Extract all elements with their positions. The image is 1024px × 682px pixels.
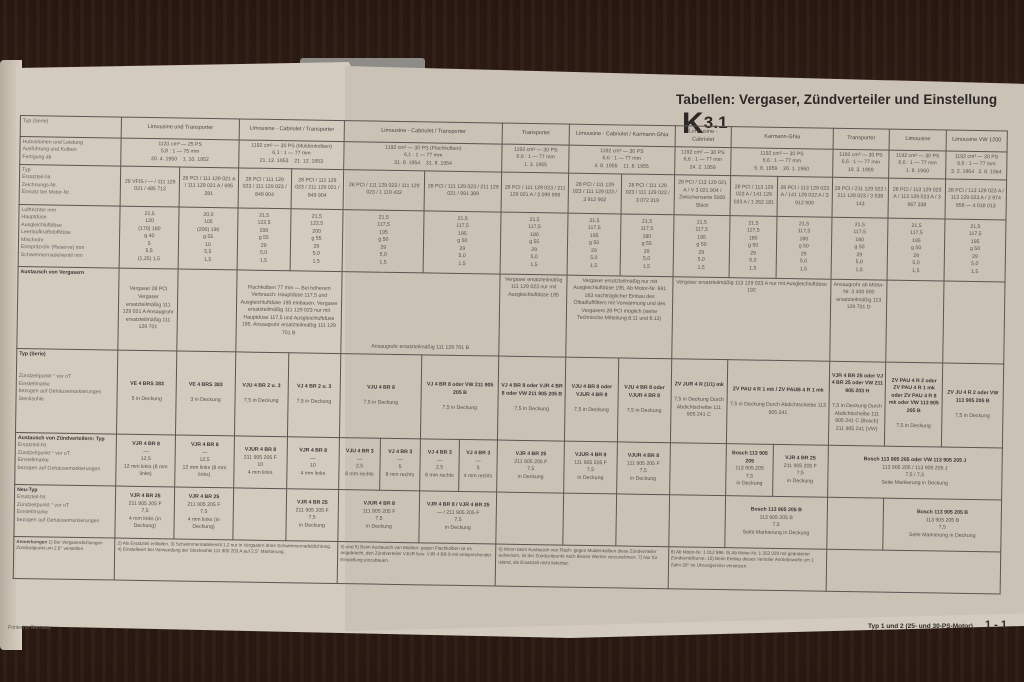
motor-cell: 1192 cm³ — 30 PS6,6 : 1 — 77 mm1. 8. 196… [889,150,946,178]
austausch-cell: Ansaugrohr ersatzteilmäßig 111 129 701 B [341,271,500,355]
vergaser-cell: 28 PCI / 113 129 023 A / 113 129 023 A /… [945,179,1007,220]
zuend-cell: VJR 4 BR 25 oder VJ 4 BR 25 oder VW 211 … [828,361,886,446]
austausch-cell: Vergaser ersatzteilmäßig nur mit Ausglei… [566,275,673,359]
label-line: Fertigung ab [22,154,118,163]
col-header: Limousine VW 1200 [946,130,1007,152]
duesen-cell: 21,5122,5200g 55295,01,5 [237,207,291,270]
motor-cell: 1192 cm³ — 30 PS (Muldenkolben)6,1 : 1 —… [239,140,345,169]
vergaser-cell: 28 PCI / 211 129 022 / 211 129 023 / 3 5… [832,177,889,218]
austausch-zuend-cell: VJR 4 BR 8—104 mm links [286,436,339,489]
neu-typ-cell [496,492,564,545]
vergaser-cell: 28 PCI / 113 129 023 A / 141 129 023 A /… [730,175,777,216]
date-value: 21. 12. 1953 21. 12. 1953 [241,157,341,166]
duesen-cell: 21,5117,5195g 50295,01,5 [887,218,945,281]
neu-typ-cell [616,493,669,546]
zuendverteiler-row: Typ (Serie)Zündzeitpunkt ° vor oTEinstel… [16,348,1004,447]
vergaser-cell: 28 PCI / 111 129 023 / 111 129 023 / 3 9… [568,173,621,214]
date-value: 1. 3. 1955 [505,162,567,171]
zuend-label: Typ (Serie)Zündzeitpunkt ° vor oTEinstel… [16,348,119,434]
duesen-cell: 21,5122,5200g 55295,01,5 [290,208,344,271]
motor-cell: 1192 cm³ — 30 PS6,6 : 1 — 77 mm19. 3. 19… [832,149,889,177]
neu-typ-cell: Bosch 113 905 205 B113 905 205 B7,5Seite… [883,498,1001,552]
duesen-cell: 21,5117,5195g 50295,01,5 [944,219,1006,282]
note-cell: 2) Als Ersatzteil entfallen. 3) Schwimme… [115,538,339,583]
duesen-cell: 21,5117,5180g 55295,01,5 [620,213,674,276]
zuend-cell: ZV JUR 4 R (1/1) mk7,5 in Deckung Durch … [670,358,728,443]
neu-typ-cell: VJR 4 BR 8 / VJR 4 BR 25— / 211 905 205 … [419,490,497,543]
note-cell: 8) Ab Motor-Nr. 1 012 996. 9) Ab Motor-N… [668,546,827,590]
zuend-cell: ZV JU 4 R 2 oder VW 113 905 205 B7,5 in … [941,363,1003,448]
vergaser-cell: 26 VFIS / — / 111 129 021 / 485 712 [120,166,179,207]
austausch-zuend-cell: VJUR 4 BR 8111 905 205 F7,5in Deckung [564,441,617,494]
austausch-cell: Ansaugrohr ab Motor-Nr. 3 400 000 ersatz… [829,279,887,362]
zuend-cell: VJ 4 BR 8 oder VW 211 905 205 B7,5 in De… [421,354,499,439]
date-value: 20. 4. 1950 1. 10. 1952 [124,156,237,165]
title-text: Tabellen: Vergaser, Zündverteiler und Ei… [676,92,997,107]
date-value: 5. 8. 1959 20. 1. 1960 [733,165,829,174]
footer-label: Typ 1 und 2 (25- und 30-PS-Motor) [868,623,973,630]
neu-typ-cell: VJR 4 BR 25211 905 205 F7,54 mm links (i… [174,487,234,540]
col-header: Limousine - Cabriolet / Transporter [344,121,502,144]
vergaser-cell: 28 PCI / 111 129 023 / 111 129 023 / 849… [238,167,291,208]
specs-table: Typ (Serie) Limousine und Transporter Li… [13,115,1008,594]
neu-typ-label: Neu-TypErsatzteil-Nr.Zündzeitpunkt ° vor… [14,484,116,538]
vergaser-cell: 28 PCI / 113 129 023 A / 141 129 022 A /… [777,176,832,217]
austausch-cell: Vergaser ersatzteilmäßig 113 129 023 A n… [671,276,830,360]
col-header: Limousine - Cabriolet [675,126,732,148]
duesen-cell: 21,5117,5180g 50295,01,5 [729,215,777,278]
date-value: 19. 3. 1959 [835,167,887,175]
austausch-zuend-cell: VJR 4 BR 25211 905 205 F7,5in Deckung [773,444,829,497]
date-value: 1. 8. 1960 [892,168,944,176]
austausch-label: Austausch von Vergasern [17,266,120,350]
notes-label: Anmerkungen 1) Bei Vergaserdichtungen Zü… [13,536,115,580]
austausch-zuend-cell: VJ 4 BR 3—54 mm rechts [458,439,497,492]
duesen-cell: 21,5117,5180g 50295,01,5 [831,217,889,280]
page-number: 1 - 1 [985,619,1007,631]
duesen-cell: 21,5120(170) 180g 4055,5(1,25) 1,5 [119,206,179,269]
header-label: Typ (Serie) [20,116,122,139]
col-header: Limousine [889,129,946,151]
motor-cell: 1192 cm³ — 30 PS6,6 : 1 — 77 mm3. 2. 196… [946,151,1007,180]
austausch-cell: Flachkolben 77 mm — Bei höherem Verbrauc… [236,269,343,353]
neu-typ-cell [563,493,616,546]
printed-note: Printed in Germany [8,625,51,631]
vergaser-cell: 28 PCI / 111 129 023 / 211 129 021 / 849… [291,168,344,209]
motor-cell: 1192 cm³ — 30 PS6,6 : 1 — 77 mm5. 8. 195… [731,148,833,177]
austausch-zuend-cell: VJR 4 BR 8—12,512 mm links (8 mm links) [175,435,235,488]
austausch-cell [886,280,944,363]
austausch-zuend-cell: Bosch 113 905 205 oder VW 113 905 205 J1… [827,445,1002,500]
vergaser-cell: 28 PCI / 111 129 021 A / 111 129 021 A /… [179,167,238,208]
duesen-cell: 20,0105(200) 190g 55105,51,5 [178,207,238,270]
neu-typ-cell [233,487,286,540]
austausch-zuend-cell: VJUR 4 BR 8211 905 205 F104 mm links [234,435,287,488]
col-header: Karmann-Ghia [731,127,833,150]
neu-typ-cell: Bosch 113 905 205 B113 905 205 B7,5Seite… [725,495,827,549]
austausch-zuend-cell: VJR 4 BR 25211 905 205 F7,5in Deckung [497,440,565,493]
zuend-cell: VJU 4 BR 87,5 in Deckung [340,353,422,438]
zuend-cell: ZV PAU 4 R 1 mk / ZV PAUB 4 R 1 mk7,5 in… [727,359,830,445]
vergaser-cell: 28 PCI / 111 129 023 / 111 129 023 / 3 0… [621,173,674,214]
motor-cell: 1192 cm³ — 30 PS6,6 : 1 — 77 mm1. 3. 195… [502,144,569,173]
motor-label: Hubvolumen und Leistung Ausführung und K… [20,136,122,165]
duesen-cell: 21,5117,5195g 50295,01,5 [567,213,621,276]
motor-cell: 1192 cm³ — 30 PS6,6 : 1 — 77 mm24. 2. 19… [674,147,731,175]
note-cell: 5) und 5) Beim Austausch von Mulden- geg… [337,541,496,585]
austausch-zuend-cell: VJR 4 BR 8—12,512 mm links (8 mm links) [116,434,176,487]
duesen-label: Lufttrichter mmHauptdüseAusgleichluftdüs… [18,204,120,268]
neu-typ-cell [826,497,884,550]
austausch-zuend-cell [669,442,727,495]
vergaser-cell: 28 PCI / 111 129 023 / 111 129 023 / 1 1… [343,169,425,210]
neu-typ-cell: VJR 4 BR 25211 905 205 F7,54 mm links (i… [115,486,175,539]
neu-typ-cell: VJR 4 BR 25211 905 205 F7,5in Deckung [285,488,338,541]
zuend-cell: VJU 4 BR 2 u. 37,5 in Deckung [234,351,288,436]
motor-cell: 1192 cm³ — 30 PS (Flachkolben)6,1 : 1 — … [344,142,502,172]
col-header: Limousine - Cabriolet / Karmann-Ghia [569,124,675,147]
vergaser-cell: 28 PCI / 113 129 021 A / V 3 021 904 / Z… [674,174,731,215]
note-cell [826,549,1001,594]
duesen-cell: 21,5117,5180g 55295,01,5 [500,212,568,275]
date-value: 4. 8. 1955 11. 8. 1955 [571,163,671,172]
duesen-cell: 21,5117,5195g 50295,01,5 [673,214,731,277]
austausch-cell: Vergaser 28 PCI Vergaser ersatzteilmäßig… [118,268,178,351]
vergaser-cell: 28 PCI / 111 129 023 / 211 129 021 / 991… [424,170,502,211]
zuend-cell: VJU 4 BR 8 oder VJUR 4 BR 87,5 in Deckun… [617,357,671,442]
duesen-cell: 21,5117,5195g 50295,01,5 [423,210,501,273]
neu-typ-cell: VJUR 4 BR 8111 905 205 F7,5in Deckung [338,489,420,542]
zuend-cell: VJ 4 BR 2 u. 37,5 in Deckung [287,352,341,437]
duesen-cell: 21,5117,5180g 50295,01,5 [776,216,832,279]
col-header: Limousine - Cabriolet / Transporter [239,119,345,142]
zuend-cell: VE 4 BRS 3835 in Deckung [117,350,177,435]
date-value: 31. 8. 1954 31. 8. 1954 [346,159,499,169]
austausch-zuend-cell: VJUR 4 BR 8111 905 205 F7,5in Deckung [616,441,669,494]
austausch-zuend-cell: VJ 4 BR 3—58 mm rechts [379,438,420,491]
zuend-cell: VJ 4 BR 8 oder VJR 4 BR 8 oder VW 211 90… [498,356,566,441]
zuend-cell: ZV PAU 4 R 2 oder ZV PAU 4 R 1 mk oder Z… [885,362,943,447]
motor-cell: 1131 cm³ — 25 PS5,8 : 1 — 75 mm20. 4. 19… [121,138,239,167]
austausch-row: Austausch von Vergasern Vergaser 28 PCI … [17,266,1005,363]
zuend-cell: VJU 4 BR 8 oder VJUR 4 BR 87,5 in Deckun… [565,357,619,442]
austausch-zuend-cell: Bosch 113 905 205113 905 2057,5in Deckun… [726,443,773,496]
date-value: 24. 2. 1959 [677,164,729,172]
duesen-cell: 21,5117,5195g 50295,01,5 [342,209,424,272]
col-header: Transporter [502,123,569,145]
col-header: Transporter [833,128,890,150]
austausch-zuend-label: Austausch von Zündverteilern: TypErsatzt… [15,432,117,486]
vergaser-cell: 28 PCI / 111 129 023 / 211 129 021 A / 3… [501,172,568,213]
vergaser-label: TypErsatzteil-Nr.Zeichnungs-Nr.Einsatz b… [19,164,121,206]
austausch-zuend-cell: VJU 4 BR 3—2,58 mm rechts [339,437,380,490]
austausch-cell [177,269,237,352]
austausch-zuend-cell: VJ 4 BR 3—2,58 mm rechts [420,438,459,491]
austausch-cell: Vergaser ersatzteilmäßig 111 129 023 nur… [499,274,567,357]
note-cell: 6) Wenn beim Austausch von Flach- gegen … [495,544,668,589]
neu-typ-cell [668,494,726,547]
vergaser-cell: 28 PCI / 113 129 023 A / 113 129 023 A /… [888,178,945,219]
austausch-cell [943,281,1005,364]
zuend-cell: VE 4 BRS 3833 in Deckung [176,351,236,436]
date-value: 3. 2. 1964 3. 8. 1964 [948,169,1004,177]
col-header: Limousine und Transporter [121,117,239,140]
motor-cell: 1192 cm³ — 30 PS6,6 : 1 — 77 mm4. 8. 195… [569,145,675,174]
